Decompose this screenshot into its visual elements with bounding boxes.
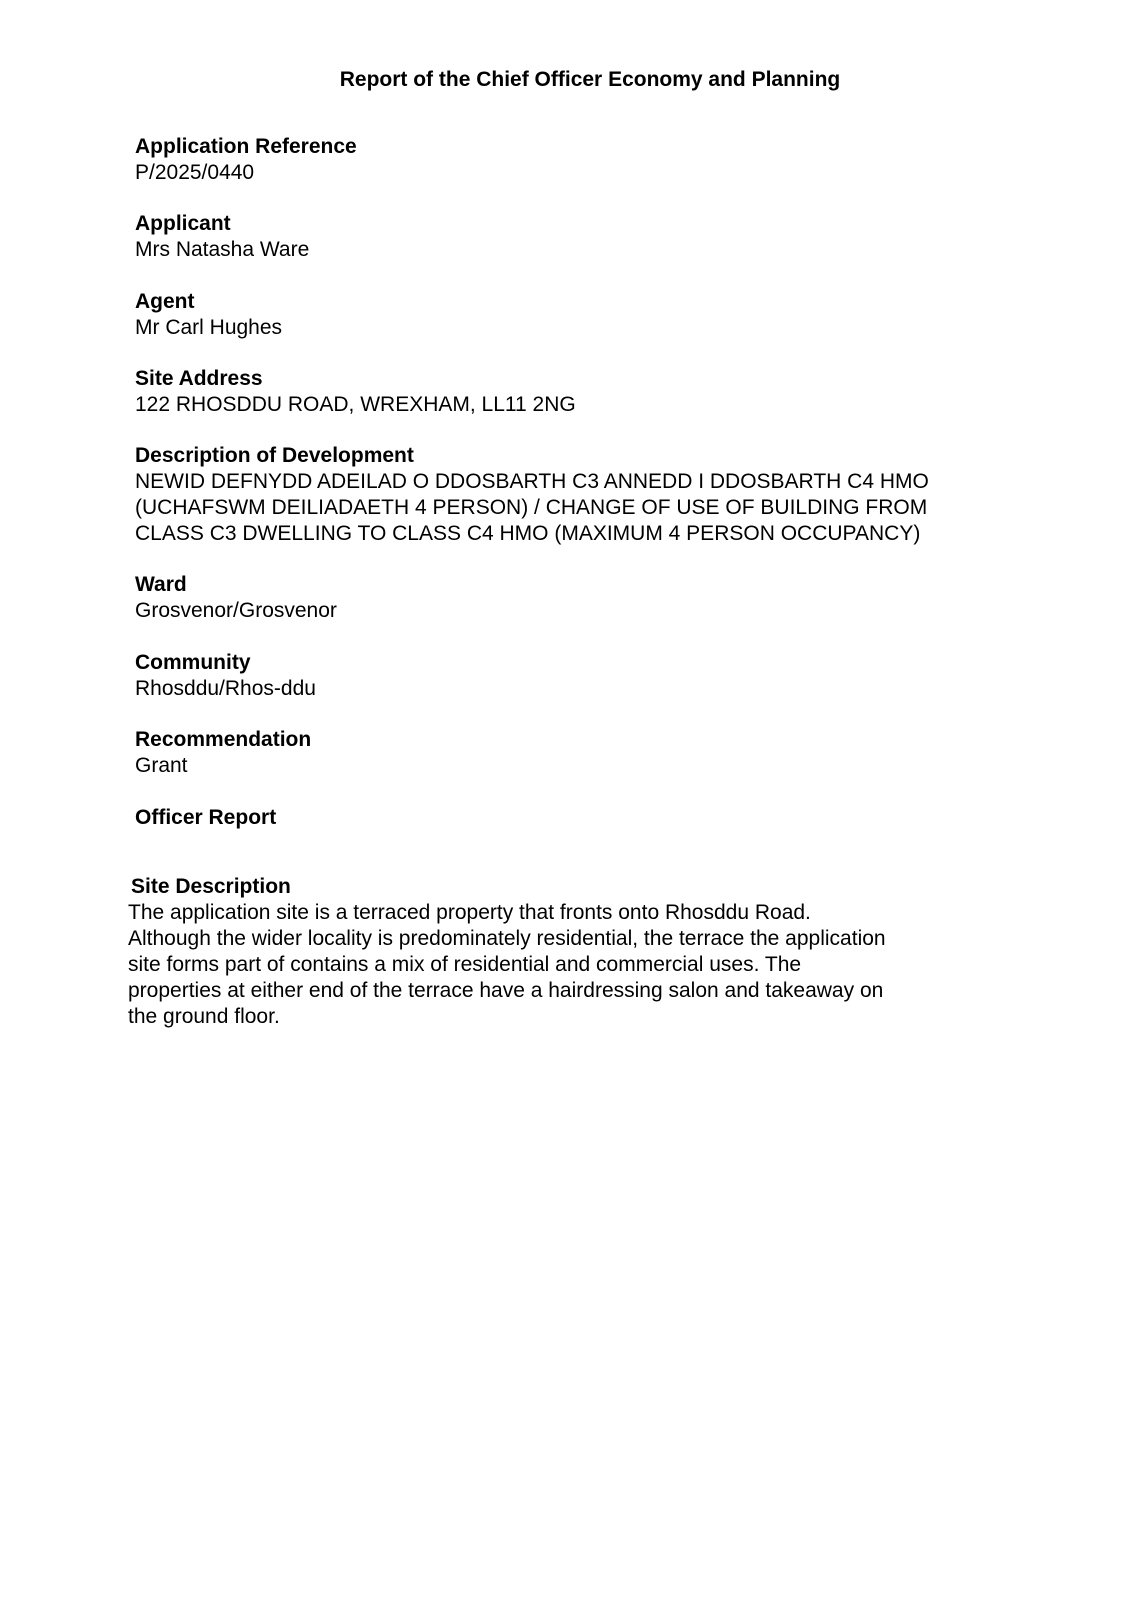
site-address-label: Site Address <box>135 366 576 392</box>
officer-report-section: Officer Report <box>135 805 276 831</box>
report-title: Report of the Chief Officer Economy and … <box>0 67 1132 93</box>
agent-value: Mr Carl Hughes <box>135 315 282 341</box>
community-section: Community Rhosddu/Rhos-ddu <box>135 650 316 702</box>
description-of-development-value: NEWID DEFNYDD ADEILAD O DDOSBARTH C3 ANN… <box>135 469 929 547</box>
site-description-heading: Site Description <box>128 874 886 900</box>
description-of-development-section: Description of Development NEWID DEFNYDD… <box>135 443 929 547</box>
recommendation-section: Recommendation Grant <box>135 727 311 779</box>
community-label: Community <box>135 650 316 676</box>
recommendation-value: Grant <box>135 753 311 779</box>
application-reference-label: Application Reference <box>135 134 357 160</box>
community-value: Rhosddu/Rhos-ddu <box>135 676 316 702</box>
agent-section: Agent Mr Carl Hughes <box>135 289 282 341</box>
site-description-text: The application site is a terraced prope… <box>128 900 886 1030</box>
site-address-section: Site Address 122 RHOSDDU ROAD, WREXHAM, … <box>135 366 576 418</box>
applicant-label: Applicant <box>135 211 309 237</box>
ward-value: Grosvenor/Grosvenor <box>135 598 337 624</box>
application-reference-value: P/2025/0440 <box>135 160 357 186</box>
site-address-value: 122 RHOSDDU ROAD, WREXHAM, LL11 2NG <box>135 392 576 418</box>
recommendation-label: Recommendation <box>135 727 311 753</box>
application-reference-section: Application Reference P/2025/0440 <box>135 134 357 186</box>
description-of-development-label: Description of Development <box>135 443 929 469</box>
applicant-section: Applicant Mrs Natasha Ware <box>135 211 309 263</box>
officer-report-heading: Officer Report <box>135 805 276 831</box>
site-description-section: Site Description The application site is… <box>128 874 886 1030</box>
ward-label: Ward <box>135 572 337 598</box>
applicant-value: Mrs Natasha Ware <box>135 237 309 263</box>
agent-label: Agent <box>135 289 282 315</box>
ward-section: Ward Grosvenor/Grosvenor <box>135 572 337 624</box>
